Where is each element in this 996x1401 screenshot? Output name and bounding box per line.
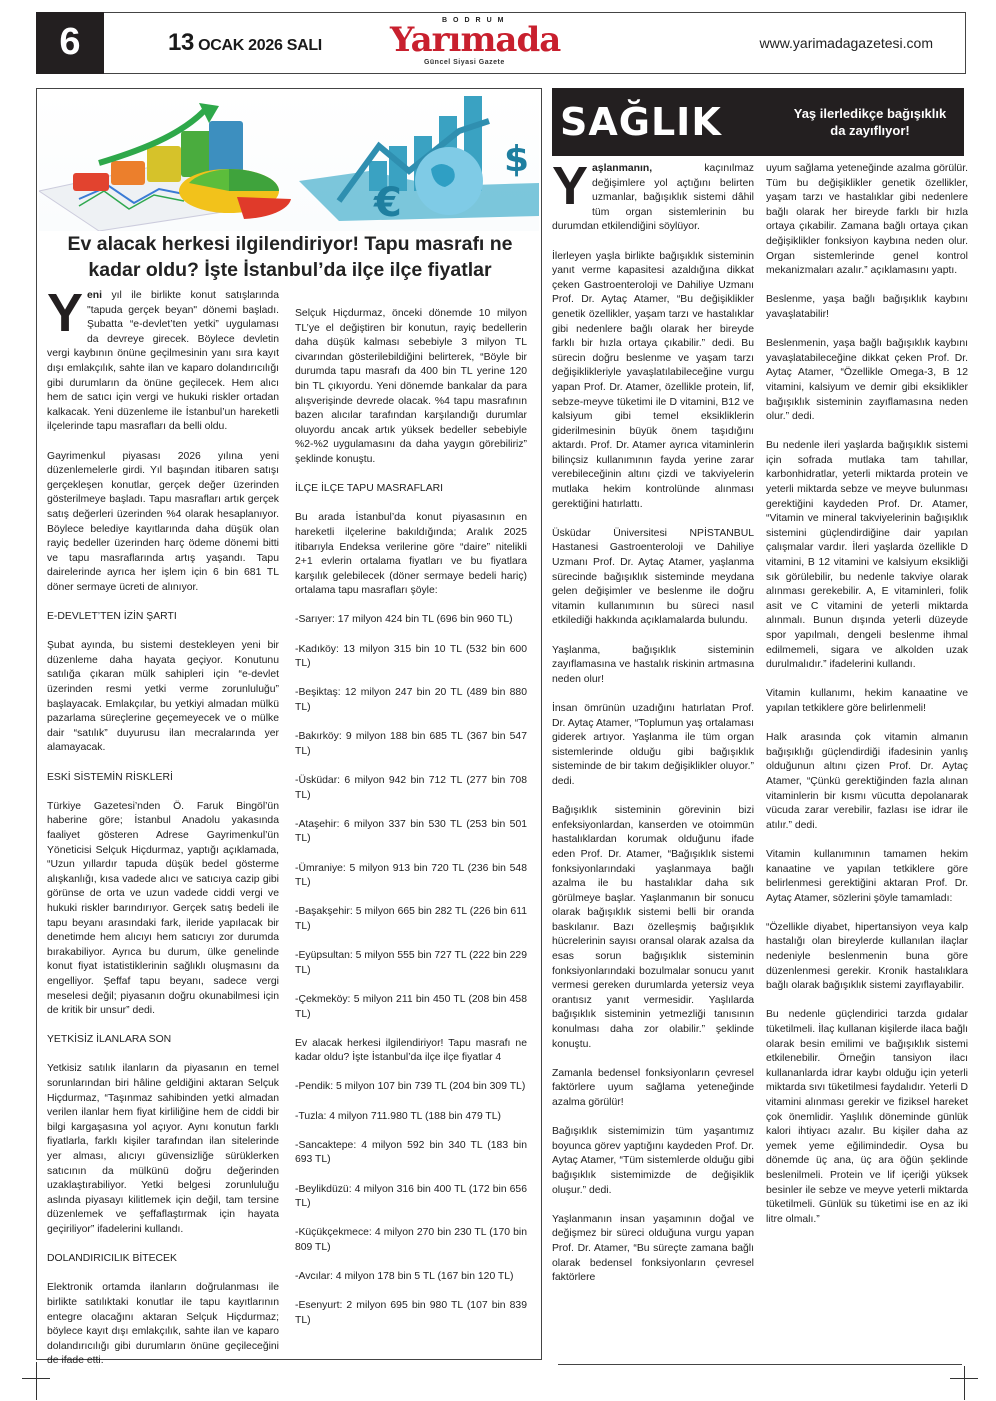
lead-bold-word: eni: [87, 290, 102, 301]
paragraph: Bu arada İstanbul’da konut piyasasının e…: [295, 511, 527, 599]
paragraph: Elektronik ortamda ilanların doğrulanmas…: [47, 1281, 279, 1369]
district-price-item: -Pendik: 5 milyon 107 bin 739 TL (204 bi…: [295, 1080, 527, 1095]
masthead: 6 13OCAK 2026 SALI BODRUM Yarımada Günce…: [36, 12, 966, 74]
health-column-2: uyum sağlama yeteneğinde azalma görülür.…: [766, 162, 968, 1242]
article-column-1: Yeni yıl ile birlikte konut satışlarında…: [47, 289, 279, 1384]
section-title: SAĞLIK: [560, 100, 722, 144]
logo-main-text: Yarımada: [390, 23, 560, 57]
subheading: Vitamin kullanımı, hekim kanaatine ve ya…: [766, 687, 968, 716]
paragraph: Şubat ayında, bu sistemi destekleyen yen…: [47, 639, 279, 756]
crop-mark: [36, 1362, 37, 1400]
date-day: 13: [168, 29, 194, 56]
website-url[interactable]: www.yarimadagazetesi.com: [759, 35, 933, 51]
district-price-item: -Küçükçekmece: 4 milyon 270 bin 230 TL (…: [295, 1226, 527, 1255]
repeated-headline-text: Ev alacak herkesi ilgilendiriyor! Tapu m…: [295, 1037, 527, 1066]
subheading: Beslenme, yaşa bağlı bağışıklık kaybını …: [766, 293, 968, 322]
logo-tagline: Güncel Siyasi Gazete: [424, 59, 505, 66]
district-price-item: -Sarıyer: 17 milyon 424 bin TL (696 bin …: [295, 613, 527, 628]
charts-graphic-icon: € $: [39, 91, 539, 231]
district-price-item: -Ataşehir: 6 milyon 337 bin 530 TL (253 …: [295, 818, 527, 847]
district-price-item: -Esenyurt: 2 milyon 695 bin 980 TL (107 …: [295, 1299, 527, 1328]
issue-date: 13OCAK 2026 SALI: [168, 29, 322, 57]
article-deck: Yaş ilerledikçe bağışıklık da zayıflıyor…: [790, 105, 950, 139]
drop-cap: Y: [552, 164, 588, 208]
district-price-item: -Çekmeköy: 5 milyon 211 bin 450 TL (208 …: [295, 993, 527, 1022]
lead-paragraph: Yaşlanmanın, kaçınılmaz değişimlere yol …: [552, 162, 754, 235]
subheading: Zamanla bedensel fonksiyonların çevresel…: [552, 1067, 754, 1111]
paragraph: Halk arasında çok vitamin almanın bağışı…: [766, 731, 968, 833]
district-price-item: -Üsküdar: 6 milyon 942 bin 712 TL (277 b…: [295, 774, 527, 803]
district-price-item: -Bakırköy: 9 milyon 188 bin 685 TL (367 …: [295, 730, 527, 759]
svg-text:$: $: [504, 139, 529, 180]
subheading: YETKİSİZ İLANLARA SON: [47, 1033, 279, 1048]
district-price-item: -Kadıköy: 13 milyon 315 bin 10 TL (532 b…: [295, 643, 527, 672]
crop-mark: [22, 1378, 50, 1379]
paragraph: Beslenmenin, yaşa bağlı bağışıklık kaybı…: [766, 337, 968, 425]
paragraph: Türkiye Gazetesi’nden Ö. Faruk Bingöl’ün…: [47, 800, 279, 1019]
lead-bold-word: aşlanmanın,: [592, 163, 652, 174]
page-number: 6: [36, 12, 104, 74]
paragraph: “Özellikle diyabet, hipertansiyon veya k…: [766, 921, 968, 994]
article-column-2: Selçuk Hiçdurmaz, önceki dönemde 10 mily…: [295, 307, 527, 1343]
paragraph: Bu nedenle ileri yaşlarda bağışıklık sis…: [766, 439, 968, 673]
health-column-1: Yaşlanmanın, kaçınılmaz değişimlere yol …: [552, 162, 754, 1300]
district-price-item: -Ümraniye: 5 milyon 913 bin 720 TL (236 …: [295, 862, 527, 891]
district-price-item: -Sancaktepe: 4 milyon 592 bin 340 TL (18…: [295, 1139, 527, 1168]
paragraph: Vitamin kullanımının tamamen hekim kanaa…: [766, 848, 968, 906]
paragraph: Yaşlanmanın insan yaşamının doğal ve değ…: [552, 1213, 754, 1286]
paragraph: İlerleyen yaşla birlikte bağışıklık sist…: [552, 250, 754, 513]
district-price-item: -Avcılar: 4 milyon 178 bin 5 TL (167 bin…: [295, 1270, 527, 1285]
subheading: DOLANDIRICILIK BİTECEK: [47, 1252, 279, 1267]
article-headline: Ev alacak herkesi ilgilendiriyor! Tapu m…: [51, 231, 529, 283]
subheading: İLÇE İLÇE TAPU MASRAFLARI: [295, 482, 527, 497]
svg-text:€: €: [373, 180, 402, 226]
paragraph: İnsan ömrünün uzadığını hatırlatan Prof.…: [552, 702, 754, 790]
paragraph: Yetkisiz satılık ilanların da piyasanın …: [47, 1062, 279, 1237]
lead-paragraph: Yeni yıl ile birlikte konut satışlarında…: [47, 289, 279, 435]
real-estate-article: € $ Ev alacak herkesi ilgilendiriyor! Ta…: [36, 88, 542, 1360]
paragraph: Gayrimenkul piyasası 2026 yılına yeni dü…: [47, 450, 279, 596]
finance-illustration: € $: [39, 91, 539, 231]
crop-mark: [964, 1366, 965, 1400]
district-price-item: -Beşiktaş: 12 milyon 247 bin 20 TL (489 …: [295, 686, 527, 715]
subheading: ESKİ SİSTEMİN RİSKLERİ: [47, 771, 279, 786]
paragraph: Bağışıklık sisteminin görevinin bizi enf…: [552, 804, 754, 1052]
paragraph: Bu nedenle güçlendirici tarzda gıdalar t…: [766, 1008, 968, 1227]
column-bottom-rule: [558, 1364, 962, 1365]
district-price-item: -Tuzla: 4 milyon 711.980 TL (188 bin 479…: [295, 1110, 527, 1125]
paragraph: uyum sağlama yeteneğinde azalma görülür.…: [766, 162, 968, 279]
paragraph: Bağışıklık sistemimizin tüm yaşantımız b…: [552, 1125, 754, 1198]
crop-mark: [950, 1378, 978, 1379]
subheading: E-DEVLET’TEN İZİN ŞARTI: [47, 610, 279, 625]
subheading: Yaşlanma, bağışıklık sisteminin zayıflam…: [552, 644, 754, 688]
date-month-year: OCAK 2026 SALI: [198, 37, 322, 54]
district-price-item: -Eyüpsultan: 5 milyon 555 bin 727 TL (22…: [295, 949, 527, 978]
newspaper-logo: BODRUM Yarımada Güncel Siyasi Gazete: [390, 13, 560, 73]
health-section-header: SAĞLIK Yaş ilerledikçe bağışıklık da zay…: [552, 88, 964, 156]
district-price-item: -Beylikdüzü: 4 milyon 316 bin 400 TL (17…: [295, 1183, 527, 1212]
district-price-item: -Başakşehir: 5 milyon 665 bin 282 TL (22…: [295, 905, 527, 934]
paragraph: Selçuk Hiçdurmaz, önceki dönemde 10 mily…: [295, 307, 527, 468]
paragraph: Üsküdar Üniversitesi NPİSTANBUL Hastanes…: [552, 527, 754, 629]
drop-cap: Y: [47, 291, 83, 335]
